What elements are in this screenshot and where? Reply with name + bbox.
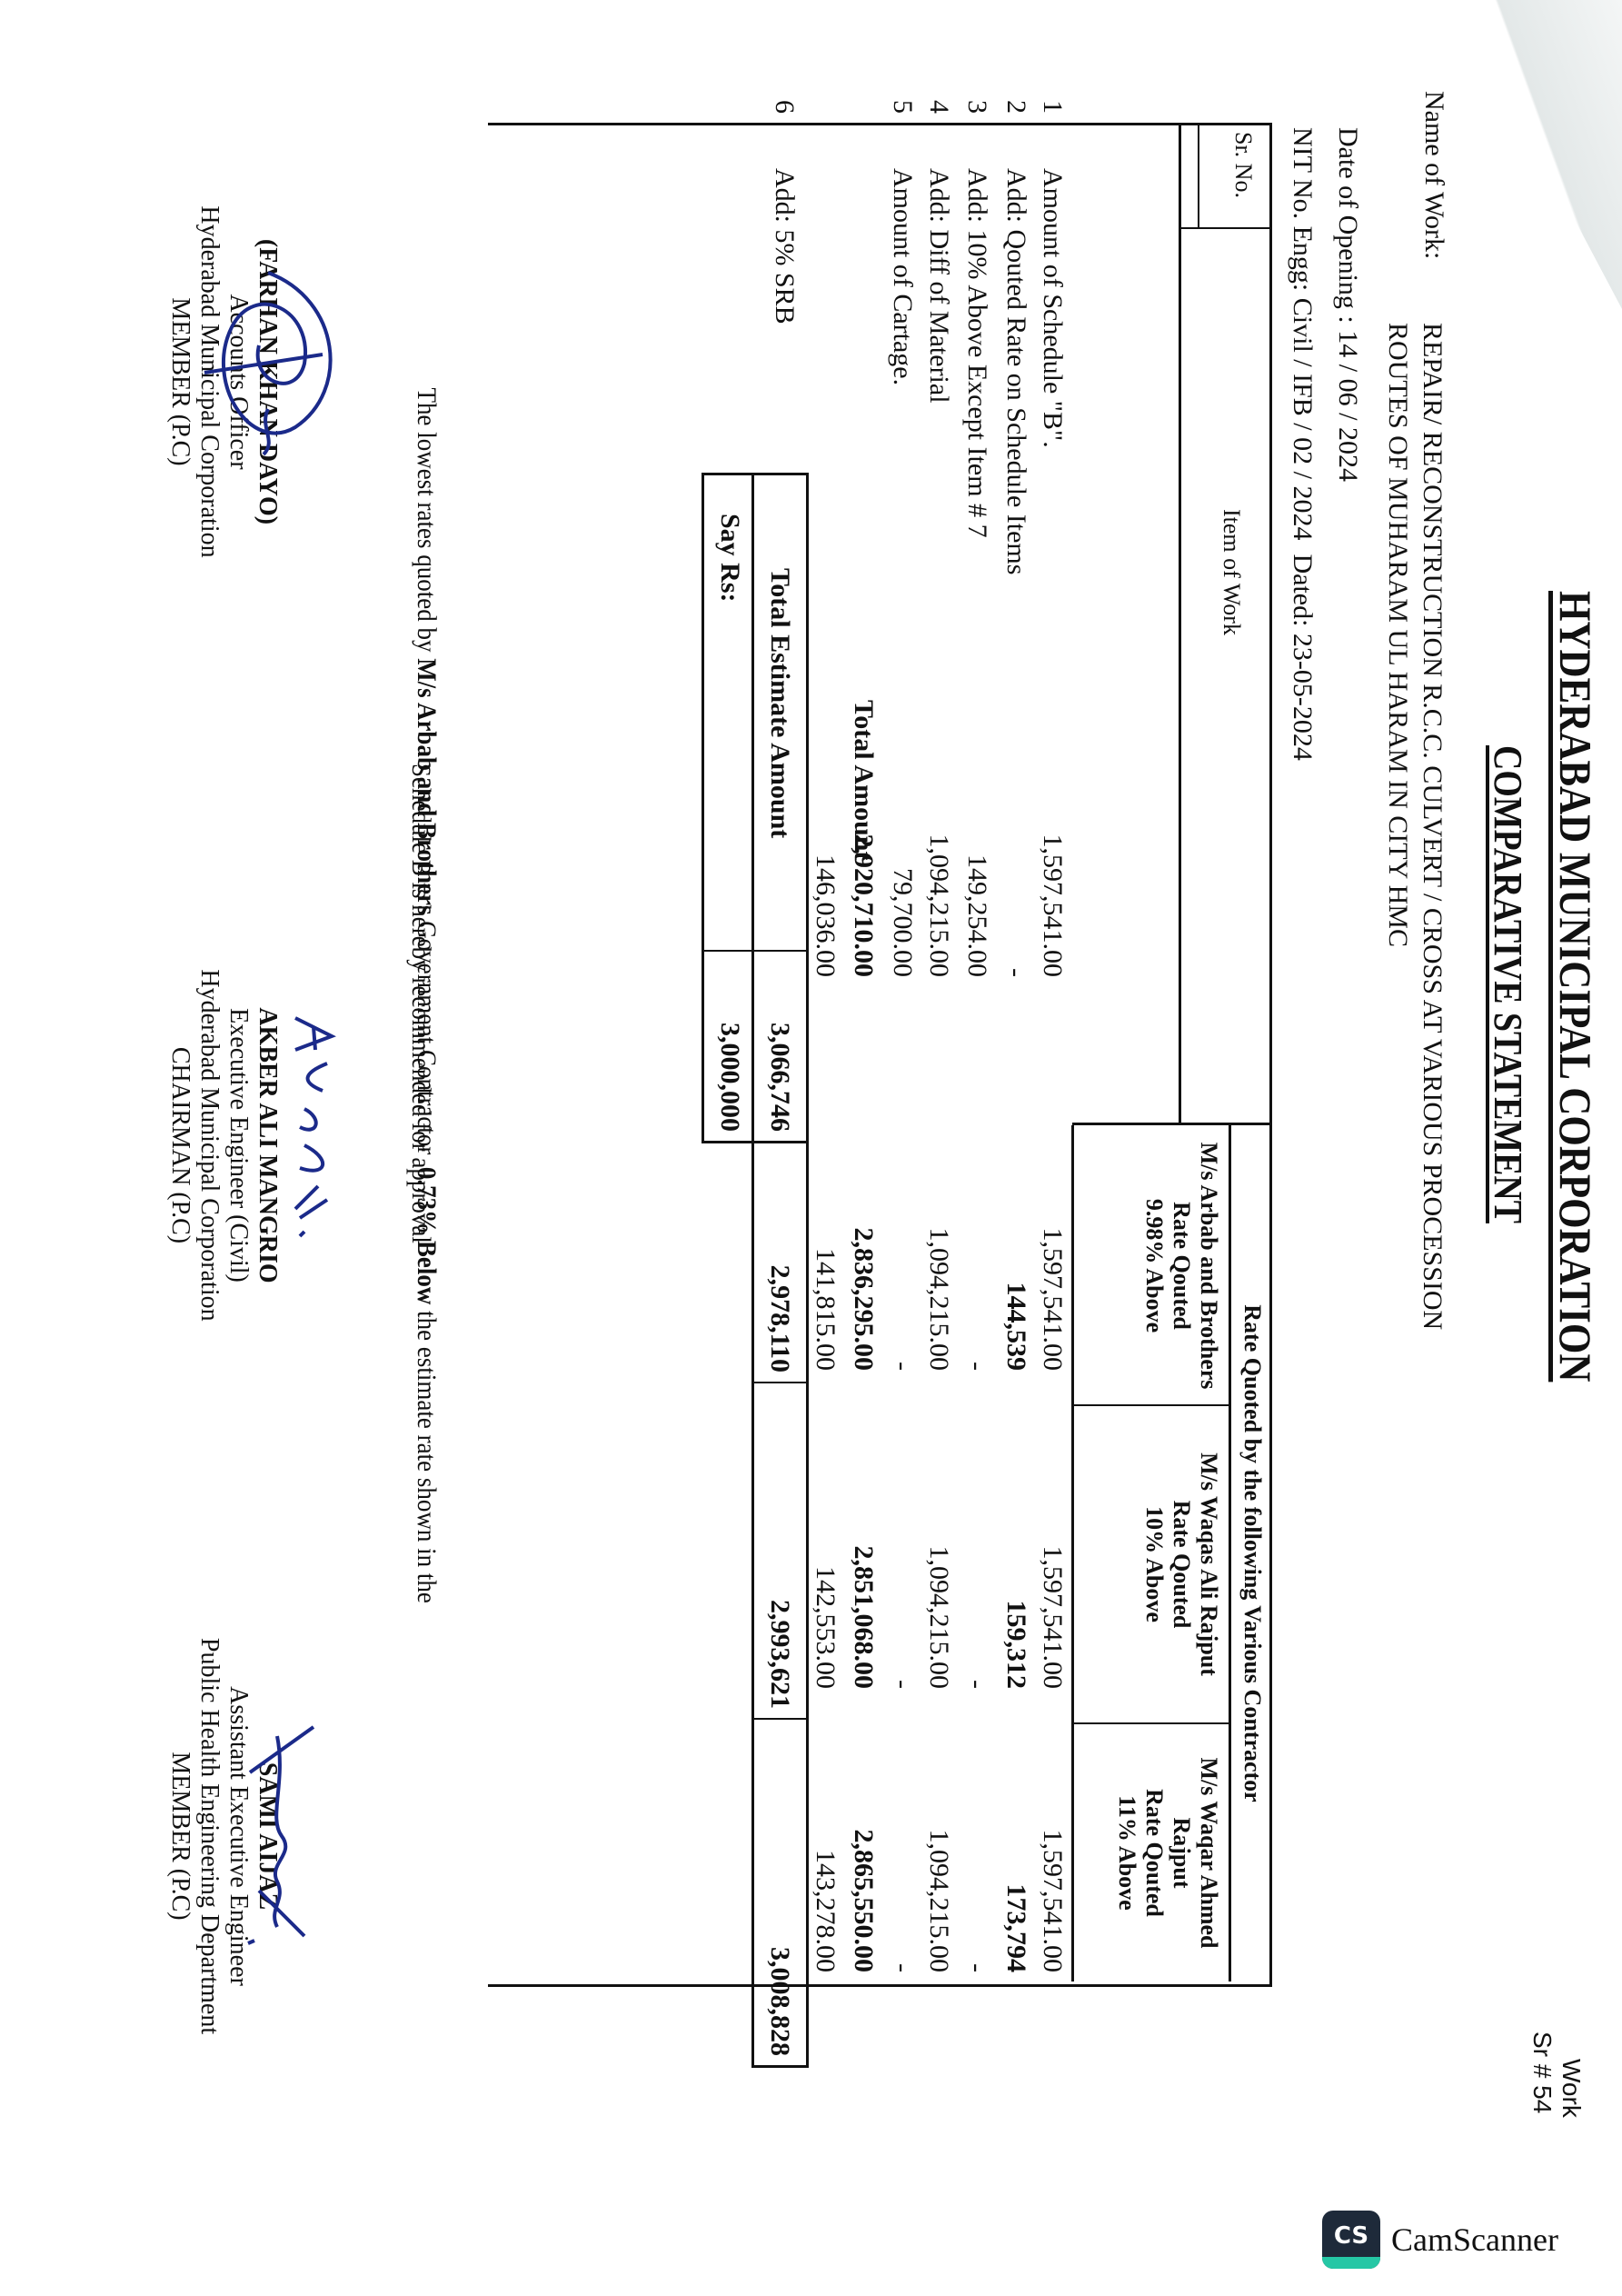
folded-corner bbox=[1458, 0, 1622, 309]
contractor-rate: 9.98% Above bbox=[1140, 1127, 1168, 1404]
total-estimate-c1: 2,978,110 bbox=[764, 1100, 795, 1373]
row-contractor-3: 1,597,541.00 bbox=[1037, 1700, 1068, 1972]
total-amount-c2: 2,851,068.00 bbox=[848, 1416, 879, 1689]
row-estimate: 1,597,541.00 bbox=[1037, 704, 1068, 977]
contractor-sub: Rate Qouted bbox=[1168, 1406, 1195, 1722]
row-contractor-3: - bbox=[887, 1700, 918, 1972]
table-rule bbox=[751, 1382, 809, 1383]
row-contractor-1: 1,094,215.00 bbox=[923, 1098, 954, 1371]
row-contractor-2: 159,312 bbox=[1000, 1416, 1031, 1689]
date-of-opening: Date of Opening : 14 / 06 / 2024 bbox=[1332, 127, 1363, 482]
signatory-designation: Executive Engineer (Civil) bbox=[224, 927, 253, 1363]
contractor-rate: 11% Above bbox=[1113, 1724, 1140, 1982]
row-contractor-3: 1,094,215.00 bbox=[923, 1700, 954, 1972]
signatory-role: MEMBER (P.C) bbox=[165, 173, 194, 591]
srb-c3: 143,278.00 bbox=[810, 1700, 841, 1972]
camscanner-watermark: CS CamScanner bbox=[1322, 2211, 1558, 2269]
total-estimate-estimate: 3,066,746 bbox=[764, 859, 795, 1132]
column-header-item: Item of Work bbox=[1218, 509, 1245, 635]
contractor-name: M/s Waqas Ali Rajput bbox=[1195, 1406, 1222, 1722]
row-sr: 3 bbox=[961, 100, 992, 114]
total-amount-c3: 2,865,550.00 bbox=[848, 1700, 879, 1972]
contractor-name: M/s Waqar Ahmed Rajput bbox=[1168, 1724, 1222, 1982]
contractor-rate: 10% Above bbox=[1140, 1406, 1168, 1722]
recommendation-post: the estimate rate shown in the bbox=[412, 1304, 442, 1602]
row-estimate: 79,700.00 bbox=[887, 704, 918, 977]
row-contractor-2: - bbox=[887, 1416, 918, 1689]
work-reference: Work Sr # 54 bbox=[1527, 2031, 1586, 2118]
contractor-sub: Rate Qouted bbox=[1140, 1724, 1168, 1982]
row-contractor-1: 144,539 bbox=[1000, 1098, 1031, 1371]
nit-number: NIT No. Engg: Civil / IFB / 02 / 2024 Da… bbox=[1287, 127, 1318, 761]
total-estimate-label: Total Estimate Amount bbox=[764, 568, 795, 838]
row-contractor-2: - bbox=[961, 1416, 992, 1689]
signature-akber bbox=[277, 1009, 341, 1282]
row-item: Add: 5% SRB bbox=[769, 168, 800, 324]
row-estimate: 149,254.00 bbox=[961, 704, 992, 977]
row-contractor-2: 1,094,215.00 bbox=[923, 1416, 954, 1689]
total-estimate-c3: 3,008,828 bbox=[764, 1783, 795, 2056]
table-rule bbox=[702, 473, 809, 475]
contractor-header-3: M/s Waqar Ahmed Rajput Rate Qouted 11% A… bbox=[1113, 1724, 1222, 1982]
row-contractor-3: 173,794 bbox=[1000, 1700, 1031, 1972]
row-contractor-1: - bbox=[961, 1098, 992, 1371]
camscanner-logo-text: CS bbox=[1334, 2222, 1368, 2250]
row-contractor-2: 1,597,541.00 bbox=[1037, 1416, 1068, 1689]
say-rs-value: 3,000,000 bbox=[714, 859, 745, 1132]
row-contractor-1: 1,597,541.00 bbox=[1037, 1098, 1068, 1371]
column-header-group: Rate Quoted by the following Various Con… bbox=[1239, 1125, 1266, 1982]
row-sr: 6 bbox=[769, 100, 800, 114]
row-item: Add: Qouted Rate on Schedule Items bbox=[1000, 168, 1031, 574]
signatory-org: Public Health Engineering Department bbox=[194, 1600, 224, 2072]
signatory-role: MEMBER (P.C) bbox=[165, 1600, 194, 2072]
recommendation-pre: The lowest rates quoted by bbox=[412, 388, 442, 659]
signature-farhan bbox=[195, 245, 377, 482]
organization-title: HYDERABAD MUNICIPAL CORPORATION bbox=[1549, 591, 1602, 1382]
say-rs-label: Say Rs: bbox=[714, 514, 745, 603]
contractor-header-1: M/s Arbab and Brothers Rate Qouted 9.98%… bbox=[1140, 1127, 1222, 1404]
column-header-sr-no: Sr. No. bbox=[1228, 132, 1259, 223]
total-amount-estimate: 2,920,710.00 bbox=[848, 704, 879, 977]
row-contractor-3: - bbox=[961, 1700, 992, 1972]
srb-c2: 142,553.00 bbox=[810, 1416, 841, 1689]
name-of-work-value: REPAIR/ RECONSTRUCTION R.C.C. CULVERT / … bbox=[1380, 323, 1449, 1377]
table-rule bbox=[702, 473, 704, 1141]
signatory-role: CHAIRMAN (P.C) bbox=[165, 927, 194, 1363]
row-item: Amount of Schedule "B". bbox=[1037, 168, 1068, 448]
row-sr: 5 bbox=[887, 100, 918, 114]
work-serial: Sr # 54 bbox=[1527, 2031, 1557, 2118]
contractor-header-2: M/s Waqas Ali Rajput Rate Qouted 10% Abo… bbox=[1140, 1406, 1222, 1722]
document-page: Work Sr # 54 HYDERABAD MUNICIPAL CORPORA… bbox=[0, 0, 1622, 2296]
contractor-name: M/s Arbab and Brothers bbox=[1195, 1127, 1222, 1404]
camscanner-label: CamScanner bbox=[1391, 2221, 1558, 2259]
row-item: Amount of Cartage. bbox=[887, 168, 918, 385]
signatory-org: Hyderabad Municipal Corporation bbox=[194, 927, 224, 1363]
row-estimate: 1,094,215.00 bbox=[923, 704, 954, 977]
row-sr: 1 bbox=[1037, 100, 1068, 114]
work-label: Work bbox=[1557, 2031, 1586, 2118]
statement-title: COMPARATIVE STATEMENT bbox=[1485, 745, 1531, 1223]
srb-estimate: 146,036.00 bbox=[810, 704, 841, 977]
row-sr: 4 bbox=[923, 100, 954, 114]
table-rule bbox=[751, 2065, 809, 2068]
table-rule bbox=[806, 473, 809, 2068]
row-item: Add: 10% Above Except Item # 7 bbox=[961, 168, 992, 538]
row-contractor-1: - bbox=[887, 1098, 918, 1371]
signature-sami bbox=[232, 1709, 332, 1963]
total-estimate-c2: 2,993,621 bbox=[764, 1436, 795, 1709]
table-rule bbox=[751, 473, 754, 2068]
camscanner-logo-icon: CS bbox=[1322, 2211, 1380, 2269]
name-of-work-label: Name of Work: bbox=[1418, 91, 1449, 259]
row-estimate: - bbox=[1000, 704, 1031, 977]
srb-c1: 141,815.00 bbox=[810, 1098, 841, 1371]
total-amount-c1: 2,836,295.00 bbox=[848, 1098, 879, 1371]
contractor-sub: Rate Qouted bbox=[1168, 1127, 1195, 1404]
row-sr: 2 bbox=[1000, 100, 1031, 114]
recommendation-line-2: Schedule B is hereby recommended for app… bbox=[405, 764, 436, 1243]
signatory-executive-engineer: AKBER ALI MANGRIO Executive Engineer (Ci… bbox=[165, 927, 282, 1363]
row-item: Add: Diff of Material bbox=[923, 168, 954, 404]
table-rule bbox=[751, 1718, 809, 1720]
